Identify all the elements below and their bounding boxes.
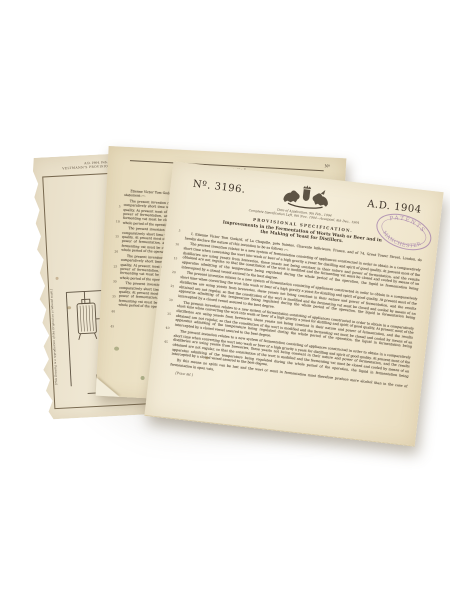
line-number: 20 bbox=[172, 270, 176, 274]
mould-speck bbox=[114, 347, 119, 351]
line-number: 5 bbox=[119, 205, 121, 209]
line-number: 15 bbox=[115, 234, 119, 238]
middle-corner-label: Nº bbox=[324, 163, 330, 168]
photo-canvas: A.D. 1904. Feb. 9. Nº. 3196. VELTMANN'S … bbox=[0, 0, 450, 600]
line-number: 25 bbox=[170, 284, 174, 288]
line-number: 20 bbox=[114, 249, 118, 253]
line-number: 45 bbox=[164, 340, 168, 344]
front-body-text: I, Etienne Victor Tom Godard, of La Chap… bbox=[170, 231, 422, 394]
line-number: 15 bbox=[173, 256, 177, 260]
line-number: 35 bbox=[167, 312, 171, 316]
line-number: 35 bbox=[112, 294, 116, 298]
line-number: 5 bbox=[178, 228, 180, 232]
stamp-bottom-text: MANCHESTER bbox=[379, 228, 424, 255]
royal-coat-of-arms-icon bbox=[276, 180, 337, 212]
provisional-spec-sheet: Nº. 3196. A.D. 1904 Date of Application,… bbox=[144, 161, 443, 446]
dog-ear-fold bbox=[96, 378, 121, 397]
line-number: 30 bbox=[113, 279, 117, 283]
line-number: 10 bbox=[116, 219, 120, 223]
mould-speck bbox=[141, 376, 145, 380]
line-number: 40 bbox=[165, 326, 169, 330]
line-number: 25 bbox=[113, 264, 117, 268]
svg-text:MANCHESTER: MANCHESTER bbox=[379, 228, 424, 255]
line-number: 10 bbox=[175, 242, 179, 246]
patent-number: Nº. 3196. bbox=[192, 178, 246, 195]
line-number: 30 bbox=[169, 298, 173, 302]
line-number: 40 bbox=[111, 309, 115, 313]
line-number: 45 bbox=[110, 324, 114, 328]
